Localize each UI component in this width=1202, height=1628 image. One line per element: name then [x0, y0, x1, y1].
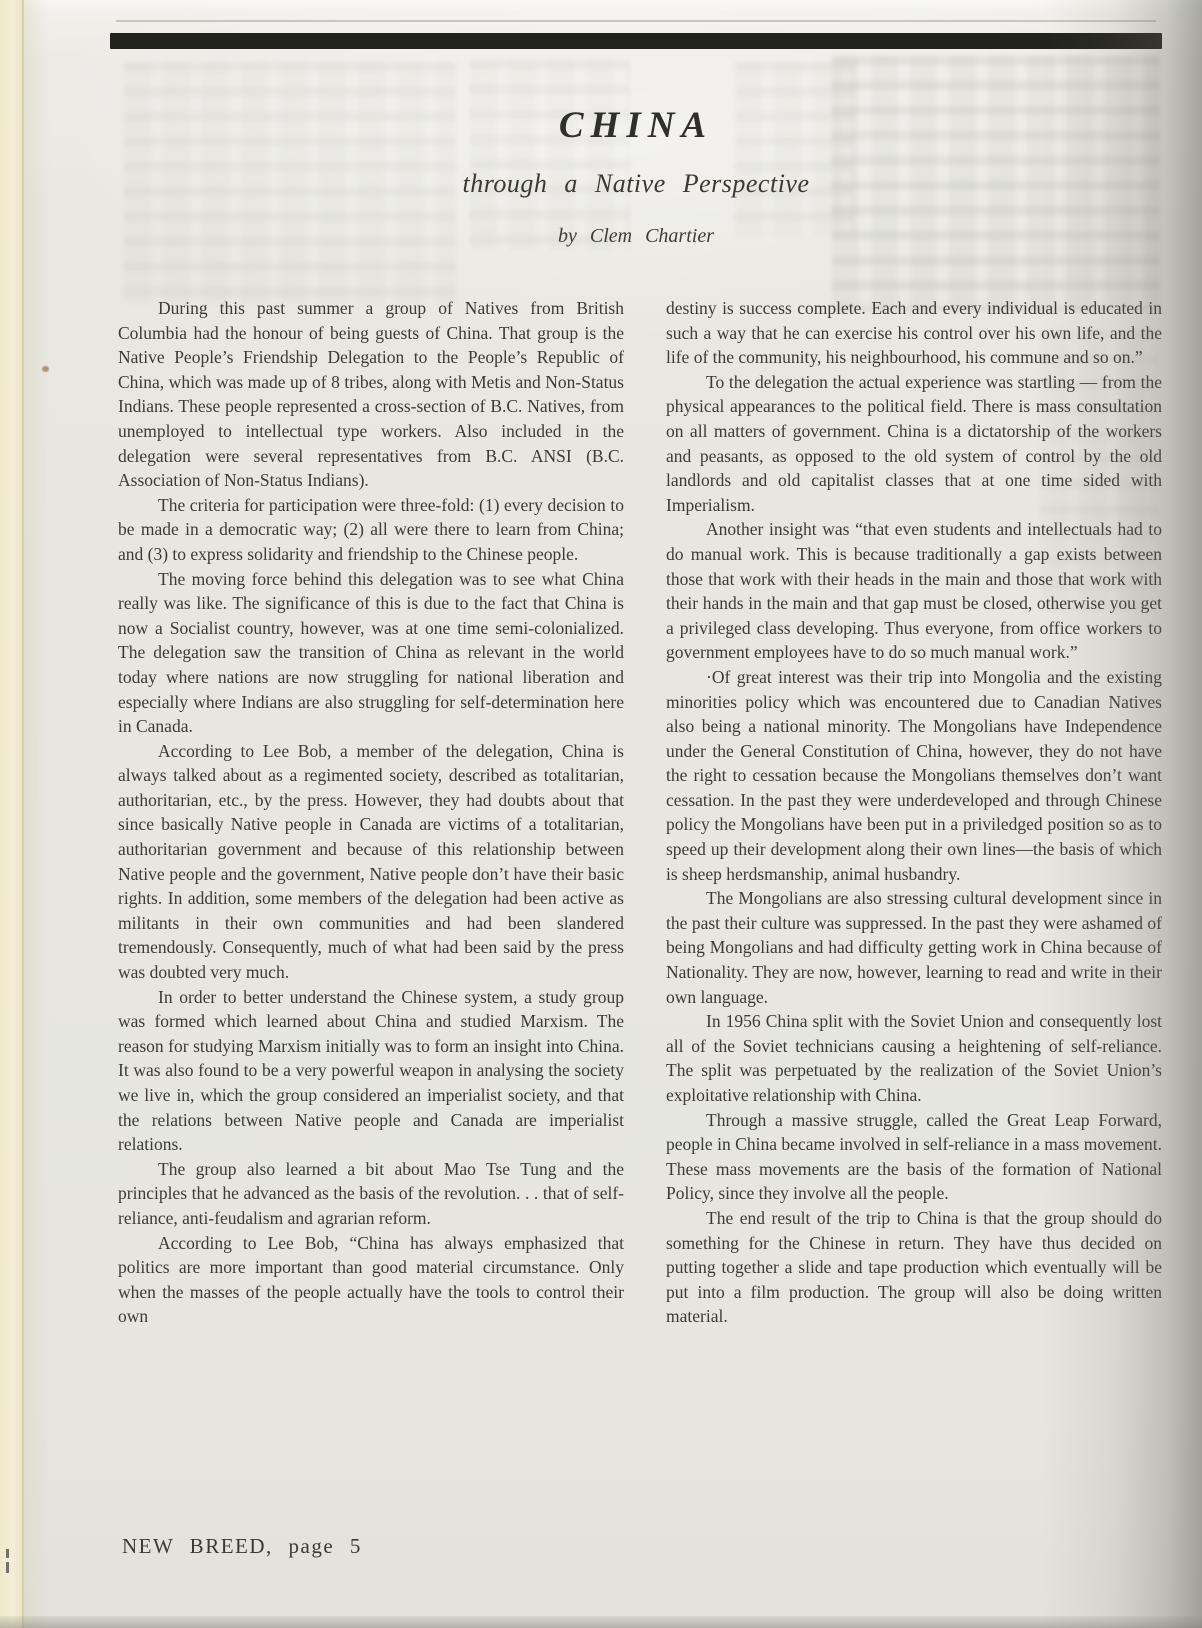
- article-paragraph: In 1956 China split with the Soviet Unio…: [666, 1009, 1162, 1107]
- article-paragraph: The moving force behind this delegation …: [118, 567, 624, 739]
- article-column-right: destiny is success complete. Each and ev…: [666, 296, 1162, 1329]
- article-byline: by Clem Chartier: [110, 225, 1162, 248]
- margin-mark-artifact: [6, 1549, 9, 1558]
- article-paragraph: Another insight was “that even students …: [666, 517, 1162, 665]
- article-paragraph: According to Lee Bob, a member of the de…: [118, 739, 624, 985]
- article-paragraph: During this past summer a group of Nativ…: [118, 296, 624, 493]
- masthead-thin-rule: [116, 20, 1156, 22]
- article-paragraph: ·Of great interest was their trip into M…: [666, 665, 1162, 886]
- article-paragraph: destiny is success complete. Each and ev…: [666, 296, 1162, 370]
- page-footer: NEW BREED, page 5: [122, 1534, 362, 1559]
- article-paragraph: The group also learned a bit about Mao T…: [118, 1157, 624, 1231]
- article-title: CHINA: [110, 104, 1162, 147]
- article-paragraph: Through a massive struggle, called the G…: [666, 1108, 1162, 1206]
- binding-edge-shadow: [24, 0, 50, 1628]
- article-paragraph: The criteria for participation were thre…: [118, 493, 624, 567]
- page-bottom-edge: [0, 1616, 1202, 1628]
- article-paragraph: To the delegation the actual experience …: [666, 370, 1162, 518]
- ink-speck-artifact: [42, 366, 49, 372]
- article-paragraph: The end result of the trip to China is t…: [666, 1206, 1162, 1329]
- page-top-edge: [0, 0, 1202, 10]
- article-header: CHINA through a Native Perspective by Cl…: [110, 104, 1162, 248]
- masthead-black-bar: [110, 33, 1162, 49]
- article-paragraph: The Mongolians are also stressing cultur…: [666, 886, 1162, 1009]
- article-paragraph: According to Lee Bob, “China has always …: [118, 1231, 624, 1329]
- margin-mark-artifact: [6, 1562, 9, 1573]
- article-column-left: During this past summer a group of Nativ…: [118, 296, 624, 1329]
- binding-edge-strip: [0, 0, 24, 1628]
- article-subtitle: through a Native Perspective: [110, 169, 1162, 199]
- scanned-magazine-page: CHINA through a Native Perspective by Cl…: [0, 0, 1202, 1628]
- article-paragraph: In order to better understand the Chines…: [118, 985, 624, 1157]
